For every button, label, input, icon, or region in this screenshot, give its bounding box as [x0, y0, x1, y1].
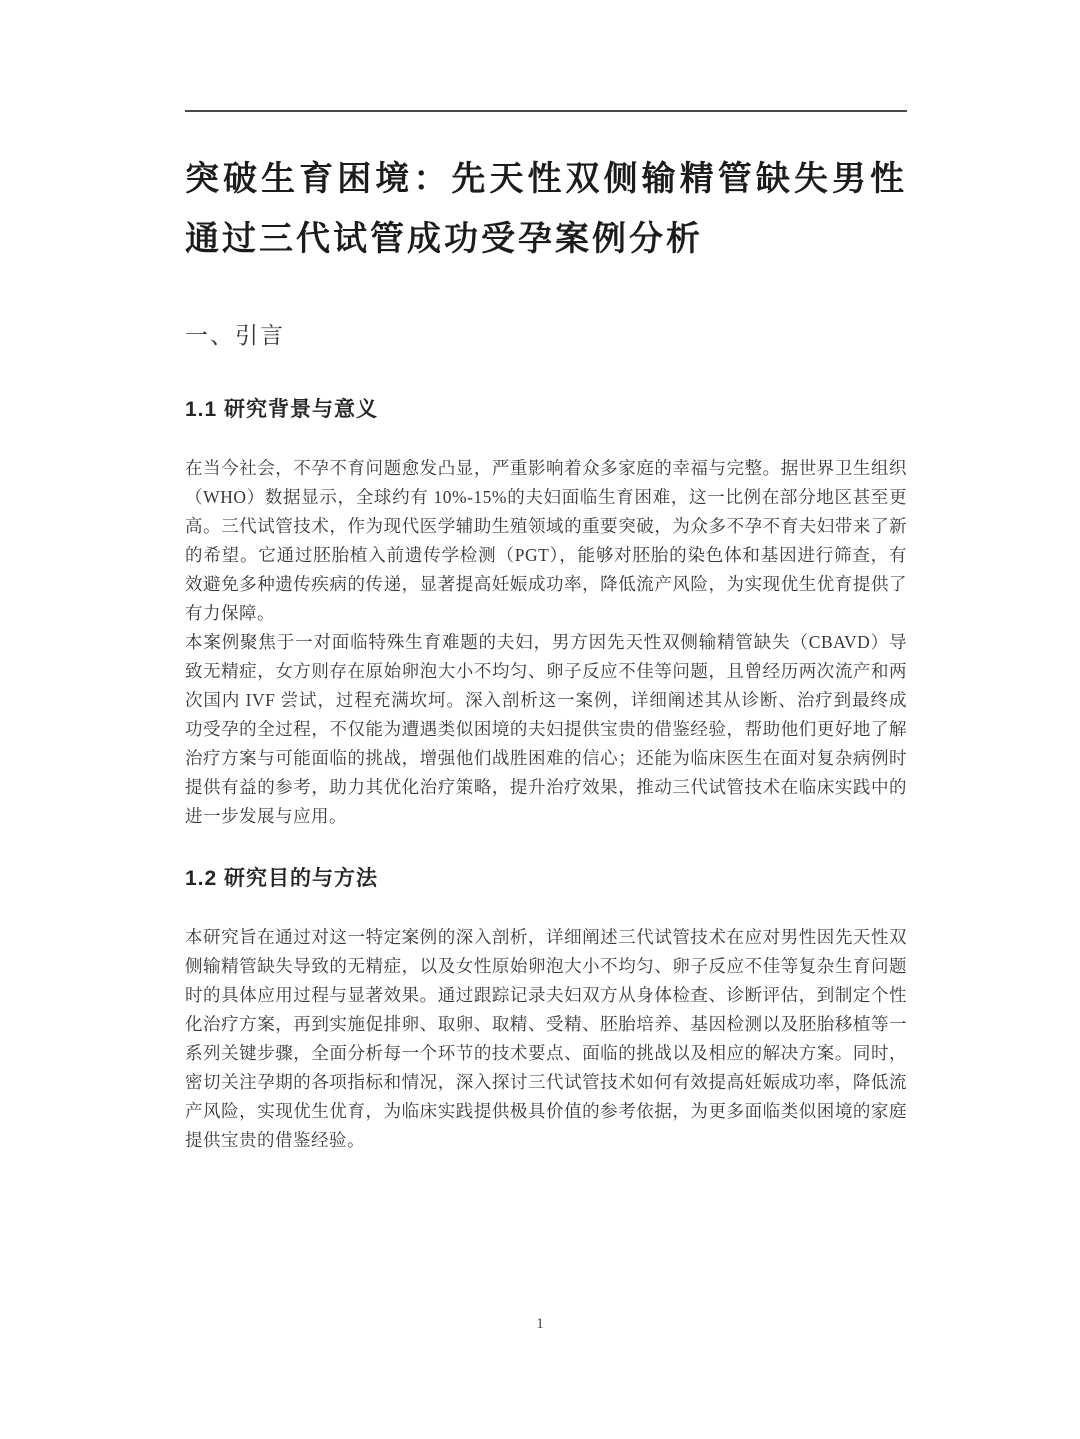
header-rule [185, 110, 907, 112]
document-page: 突破生育困境：先天性双侧输精管缺失男性通过三代试管成功受孕案例分析 一、引言 1… [0, 0, 1080, 1439]
page-number: 1 [0, 1316, 1080, 1333]
paragraph-background-2: 本案例聚焦于一对面临特殊生育难题的夫妇，男方因先天性双侧输精管缺失（CBAVD）… [185, 628, 907, 831]
paragraph-background-1: 在当今社会，不孕不育问题愈发凸显，严重影响着众多家庭的幸福与完整。据世界卫生组织… [185, 454, 907, 628]
section-heading-introduction: 一、引言 [185, 320, 907, 350]
subsection-heading-1-1: 1.1 研究背景与意义 [185, 396, 907, 424]
paragraph-methods-1: 本研究旨在通过对这一特定案例的深入剖析，详细阐述三代试管技术在应对男性因先天性双… [185, 923, 907, 1155]
document-content: 突破生育困境：先天性双侧输精管缺失男性通过三代试管成功受孕案例分析 一、引言 1… [185, 0, 907, 1155]
document-title: 突破生育困境：先天性双侧输精管缺失男性通过三代试管成功受孕案例分析 [185, 150, 907, 270]
subsection-heading-1-2: 1.2 研究目的与方法 [185, 865, 907, 893]
